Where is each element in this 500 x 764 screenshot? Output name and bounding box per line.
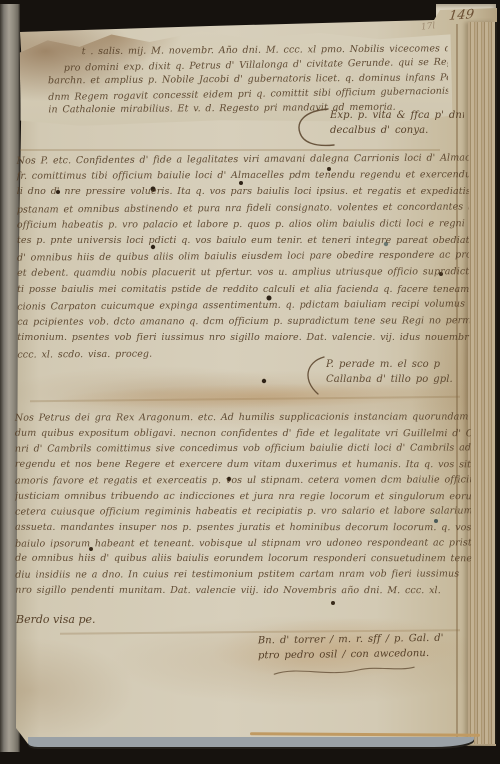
- manuscript-line: assueta. mandantes insuper nos p. psente…: [15, 520, 471, 536]
- manuscript-line: pstanam et omnibus abstinendo et pura nr…: [17, 199, 469, 218]
- manuscript-line: P. perade m. el sco p: [326, 357, 468, 372]
- manuscript-line: de omnibus hiis d' quibus aliis baiulis …: [15, 551, 471, 567]
- book-fore-edge: [468, 22, 495, 744]
- ink-specks: [0, 0, 2, 2]
- manuscript-line: Nos Petrus dei gra Rex Aragonum. etc. Ad…: [15, 409, 471, 426]
- manuscript-line: d' omnibus hiis de quibus aliis olim bai…: [17, 248, 469, 267]
- manuscript-line: cionis Carpaton cuicumque expinga assent…: [17, 296, 469, 315]
- manuscript-line: amoris favore et regatis et exerceatis p…: [15, 472, 471, 489]
- manuscript-line: li dno d' nre pressire volueris. Ita q. …: [17, 184, 469, 200]
- entry-3-closing: Berdo visa pe.: [16, 612, 216, 628]
- manuscript-line: nro sigillo pendenti munitam. Dat. valen…: [15, 583, 471, 599]
- entry-2-body: Nos P. etc. Confidentes d' fide a legali…: [17, 151, 470, 363]
- manuscript-line: justiciam omnibus tribuendo ac indiccion…: [15, 488, 471, 504]
- manuscript-line: cetera cuiusque officium regiminis habea…: [15, 504, 471, 521]
- entry-3-signature: Bn. d' torrer / m. r. sff / p. Gal. d'pt…: [258, 631, 459, 682]
- margin-note-text: Exp. p. vita & ffca p' dnmdecalbus d' co…: [330, 108, 464, 138]
- underline-swash: [268, 662, 418, 678]
- manuscript-line: dum quibus expositum obligavi. necnon co…: [15, 426, 471, 442]
- manuscript-line: decalbus d' conya.: [330, 123, 464, 138]
- expedition-margin-note: Exp. p. vita & ffca p' dnmdecalbus d' co…: [294, 106, 464, 152]
- entry-2-signoff: P. perade m. el sco pCallanba d' tillo p…: [300, 354, 468, 398]
- faint-corner-mark: 17l: [421, 21, 436, 32]
- folio-number: 149: [448, 7, 475, 24]
- manuscript-line: Callanba d' tillo po gpl.: [326, 372, 468, 387]
- entry-3-signature-text: Bn. d' torrer / m. r. sff / p. Gal. d'pt…: [258, 631, 458, 664]
- manuscript-photo: 149 17l t . salis. mij. M. novembr. Año …: [0, 0, 500, 764]
- manuscript-line: tes p. pnte universis loci pdicti q. vos…: [17, 233, 469, 249]
- manuscript-line: Exp. p. vita & ffca p' dnm: [330, 108, 464, 123]
- manuscript-line: ptro pedro osil / con awcedonu.: [258, 646, 458, 664]
- manuscript-line: Nos P. etc. Confidentes d' fide a legali…: [17, 150, 469, 169]
- entry-2-signoff-text: P. perade m. el sco pCallanba d' tillo p…: [326, 357, 468, 387]
- manuscript-line: regendu et nos bene Regere et exercere d…: [15, 457, 471, 473]
- manuscript-line: nri d' Cambrils comittimus sive concedim…: [15, 441, 471, 458]
- manuscript-line: et debent. quamdiu nobis placuerit ut pf…: [17, 265, 469, 283]
- manuscript-line: fr. comittimus tibi officium baiulie loc…: [17, 167, 469, 185]
- entry-3-body: Nos Petrus dei gra Rex Aragonum. etc. Ad…: [15, 409, 471, 599]
- manuscript-line: ti posse baiulis mei comitatis pstide de…: [17, 282, 469, 298]
- manuscript-line: officium habeatis p. vro palacio et labo…: [17, 216, 469, 234]
- surface-below-book: [28, 737, 474, 747]
- manuscript-line: diu insidiis ne a dno. In cuius rei test…: [15, 566, 471, 583]
- manuscript-line: ca pcipientes vob. dcto amanano q. dcm o…: [17, 313, 469, 331]
- manuscript-line: baiulo ipsorum habeant et teneant. vobis…: [15, 535, 471, 552]
